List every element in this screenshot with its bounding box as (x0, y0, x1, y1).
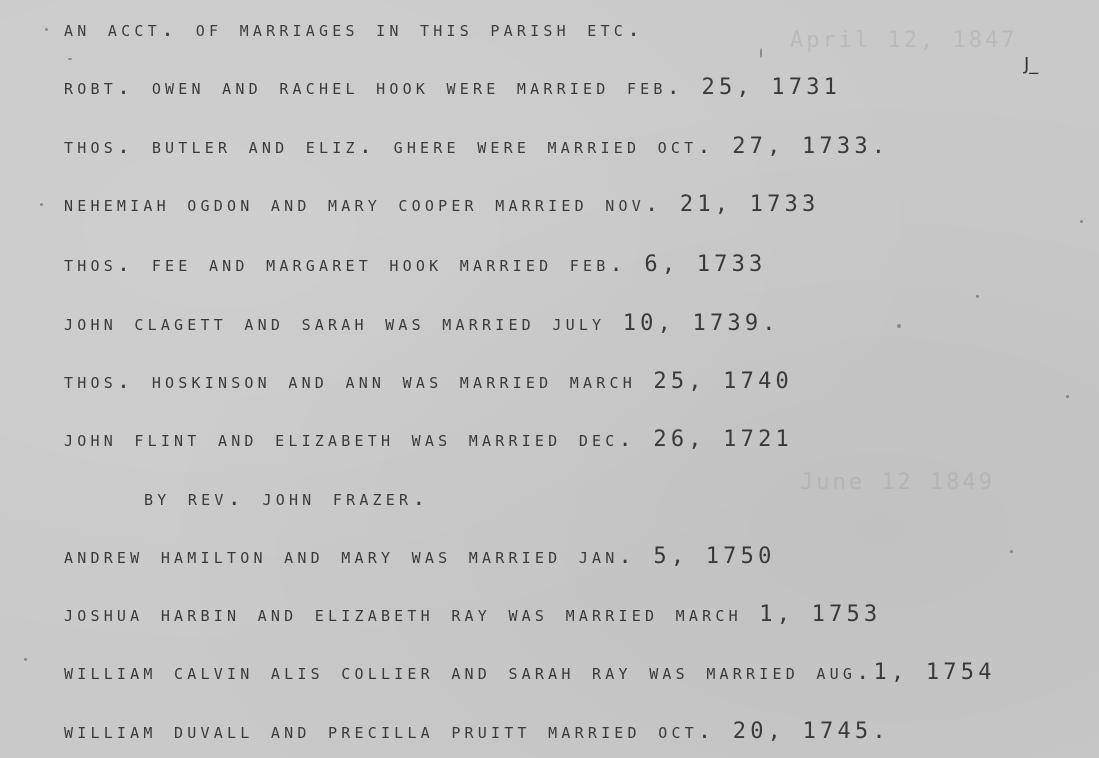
marriage-entry: Robt. Owen and Rachel Hook were married … (64, 76, 841, 100)
bleed-through-text: April 12, 1847 (790, 28, 1017, 53)
marriage-entry: John Flint and Elizabeth was married Dec… (64, 428, 793, 452)
scan-speck (760, 48, 762, 58)
bleed-through-text: June 12 1849 (800, 470, 995, 495)
scan-speck (68, 58, 72, 60)
marriage-entry: Thos. Butler and Eliz. Ghere were marrie… (64, 135, 889, 159)
scan-speck (897, 324, 901, 328)
marriage-entry: Thos. Fee and Margaret Hook married Feb.… (64, 253, 767, 277)
officiant-note: By Rev. John Frazer. (144, 487, 430, 511)
marriage-entry: Andrew Hamilton and Mary was married Jan… (64, 545, 776, 569)
scan-speck (24, 658, 27, 661)
marriage-entry: William Duvall and Precilla Pruitt marri… (64, 720, 890, 744)
marriage-entry: Thos. Hoskinson and Ann was married Marc… (64, 370, 793, 394)
marriage-entry: Nehemiah Ogdon and Mary Cooper married N… (64, 193, 819, 217)
scan-speck (1066, 395, 1069, 398)
scan-speck (976, 295, 979, 298)
scan-speck (45, 28, 48, 31)
scan-speck (40, 203, 43, 206)
scanned-document-page: April 12, 1847 June 12 1849 An acct. of … (0, 0, 1099, 758)
scan-speck (1080, 220, 1083, 223)
marriage-entry: Joshua Harbin and Elizabeth Ray was marr… (64, 603, 881, 627)
margin-mark: J_ (1024, 54, 1038, 75)
marriage-entry: John Clagett and Sarah was married July … (64, 312, 780, 336)
document-title: An acct. of Marriages in this Parish etc… (64, 18, 644, 42)
marriage-entry: William Calvin alis Collier and Sarah Ra… (64, 661, 996, 685)
scan-speck (1010, 550, 1013, 553)
